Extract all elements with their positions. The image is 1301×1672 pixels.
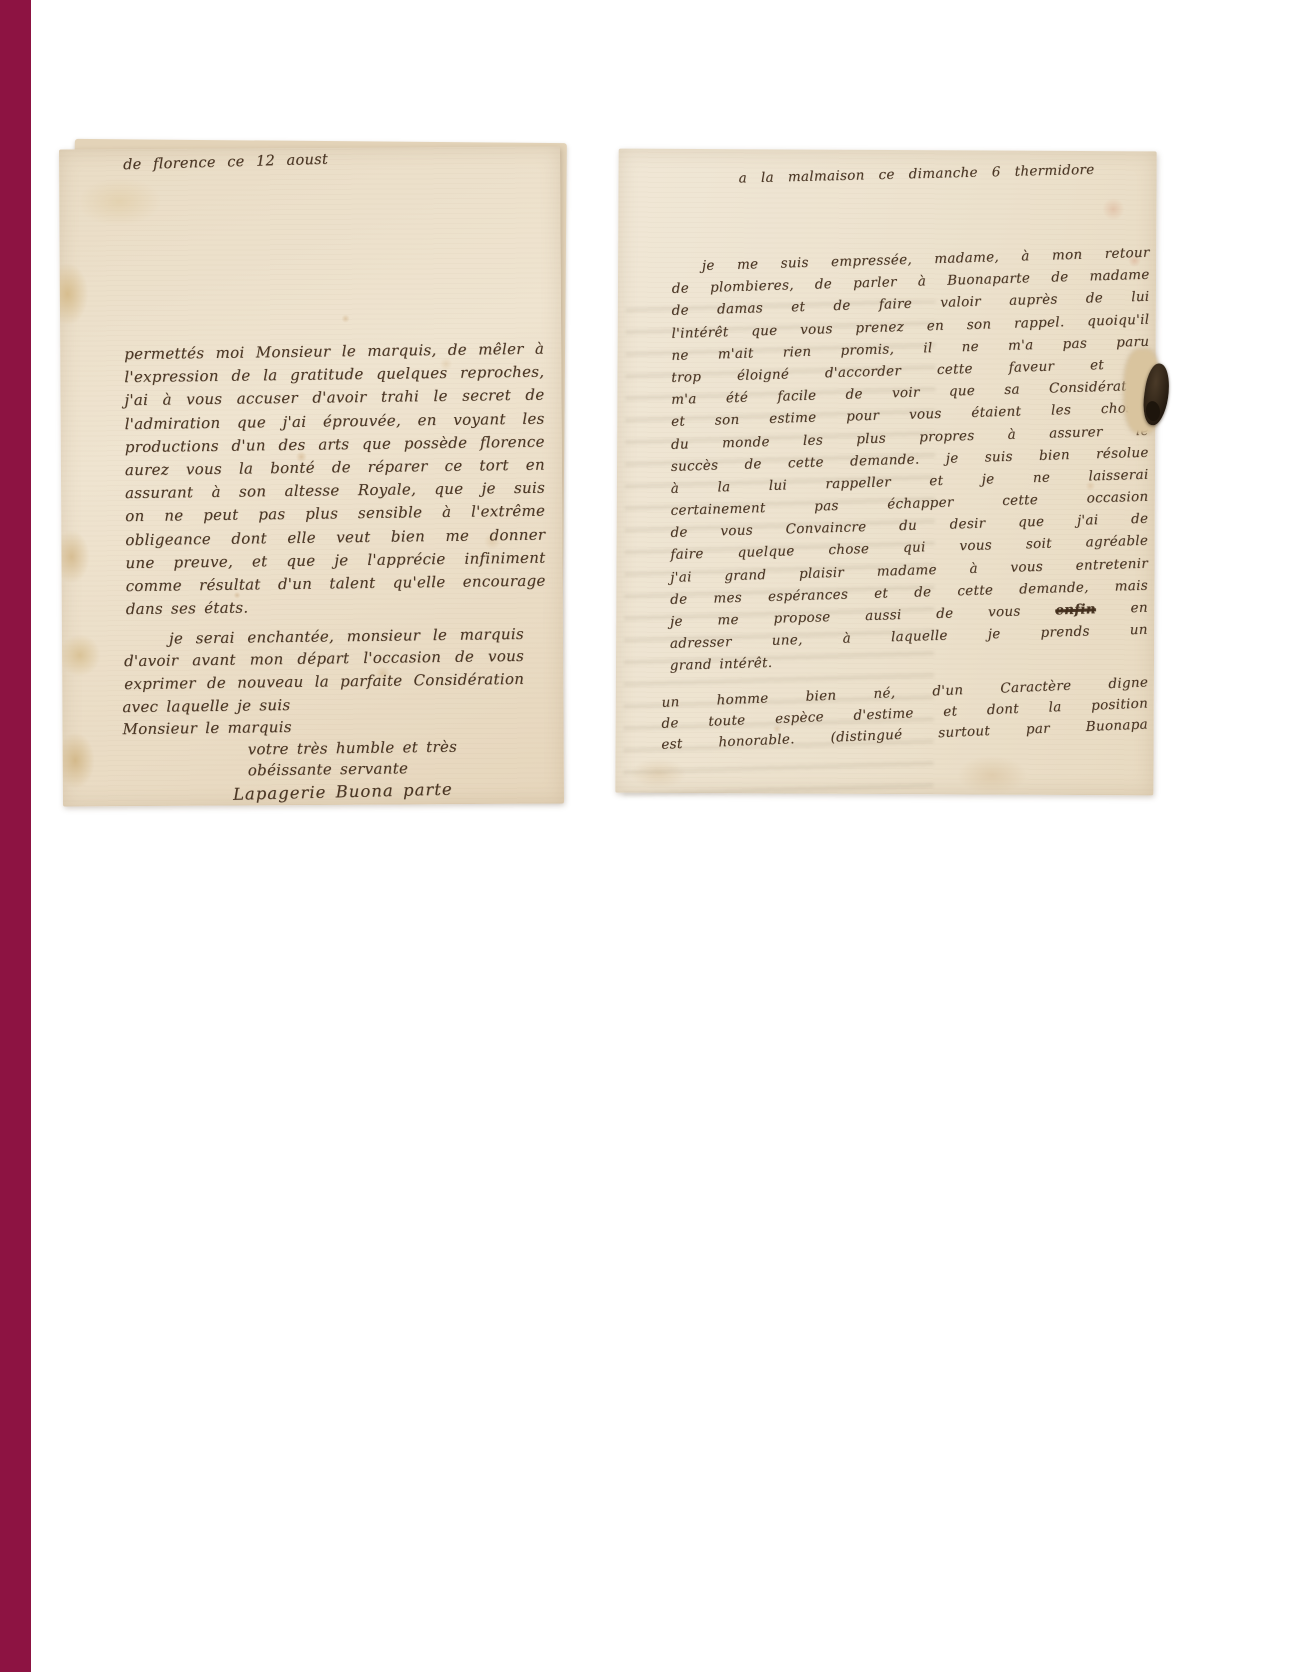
manuscript-line: exprimer de nouveau la parfaite Considér… [124, 670, 524, 698]
right-letter-body: je me suis empressée, madame, à mon reto… [670, 259, 1150, 683]
catalog-page: { "page": { "background_color": "#ffffff… [0, 0, 1301, 1672]
struck-out-word: enfin [1055, 601, 1096, 618]
manuscript-line: votre très humble et très [248, 737, 500, 761]
spine-accent-bar [0, 0, 31, 1672]
right-letter-postscript: un homme bien né, d'un Caractère dignede… [662, 695, 1149, 761]
left-letter-dateline: de florence ce 12 aoust [123, 152, 328, 174]
left-letter-signoff: votre très humble et trèsobéissante serv… [248, 739, 500, 782]
manuscript-line: obéissante servante [248, 758, 500, 782]
left-letter-signature: Lapagerie Buona parte [233, 779, 501, 804]
left-letter-valediction: avec laquelle je suisMonsieur le marquis [122, 696, 402, 742]
left-letter-page: de florence ce 12 aoust permettés moi Mo… [59, 146, 564, 806]
left-letter-closing: je serai enchantée, monsieur le marquisd… [124, 628, 524, 698]
right-letter-dateline: a la malmaison ce dimanche 6 thermidore [738, 162, 1094, 187]
right-letter-page: a la malmaison ce dimanche 6 thermidore … [615, 149, 1156, 796]
manuscript-line: dans ses états. [126, 595, 546, 624]
left-letter-body: permettés moi Monsieur le marquis, de mê… [124, 343, 546, 624]
